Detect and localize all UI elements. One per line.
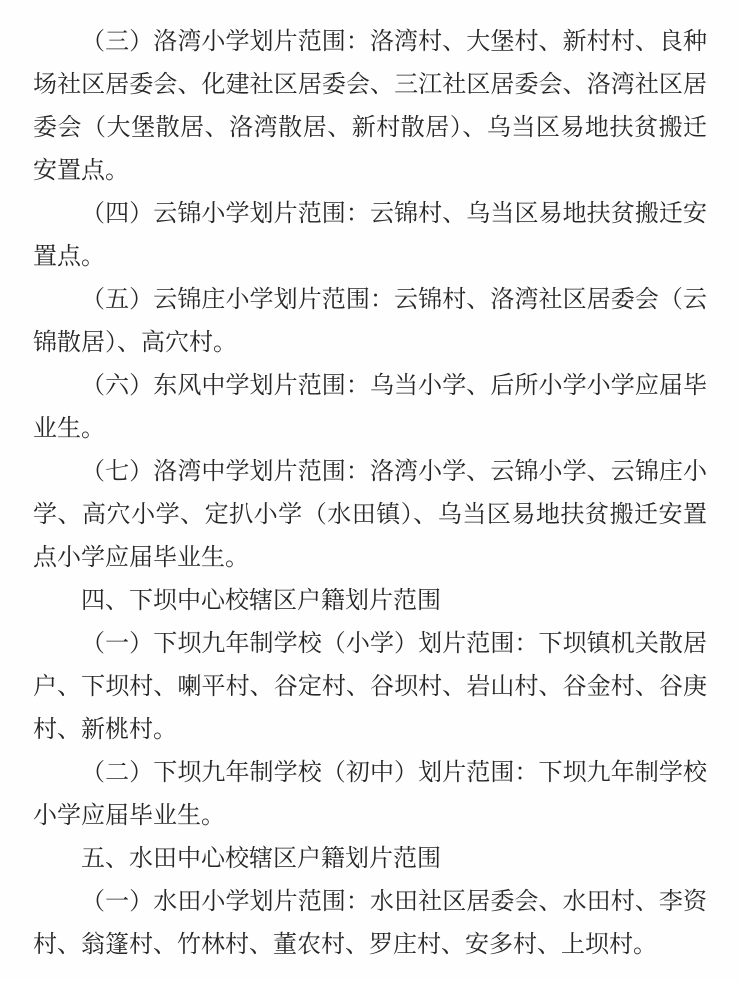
text-line: 户、下坝村、喇平村、谷定村、谷坝村、岩山村、谷金村、谷庚 [33,666,707,709]
text-line: 学、高穴小学、定扒小学（水田镇）、乌当区易地扶贫搬迁安置 [33,494,707,537]
text-line: （二）下坝九年制学校（初中）划片范围：下坝九年制学校 [33,752,707,795]
text-line: （四）云锦小学划片范围：云锦村、乌当区易地扶贫搬迁安 [33,193,707,236]
text-line: （六）东风中学划片范围：乌当小学、后所小学小学应届毕 [33,365,707,408]
text-line: 锦散居）、高穴村。 [33,322,707,365]
text-line: 场社区居委会、化建社区居委会、三江社区居委会、洛湾社区居 [33,64,707,107]
text-line: （五）云锦庄小学划片范围：云锦村、洛湾社区居委会（云 [33,279,707,322]
section-heading: 五、水田中心校辖区户籍划片范围 [33,838,707,881]
text-line: 安置点。 [33,150,707,193]
text-line: 点小学应届毕业生。 [33,537,707,580]
text-line: 小学应届毕业生。 [33,795,707,838]
text-line: （一）水田小学划片范围：水田社区居委会、水田村、李资 [33,881,707,924]
text-line: （一）下坝九年制学校（小学）划片范围：下坝镇机关散居 [33,623,707,666]
text-line: 置点。 [33,236,707,279]
text-line: 业生。 [33,408,707,451]
document-body: （三）洛湾小学划片范围：洛湾村、大堡村、新村村、良种 场社区居委会、化建社区居委… [33,21,707,967]
text-line: 村、翁篷村、竹林村、董农村、罗庄村、安多村、上坝村。 [33,924,707,967]
text-line: 委会（大堡散居、洛湾散居、新村散居）、乌当区易地扶贫搬迁 [33,107,707,150]
text-line: 村、新桃村。 [33,709,707,752]
document-page: （三）洛湾小学划片范围：洛湾村、大堡村、新村村、良种 场社区居委会、化建社区居委… [0,0,740,981]
section-heading: 四、下坝中心校辖区户籍划片范围 [33,580,707,623]
text-line: （七）洛湾中学划片范围：洛湾小学、云锦小学、云锦庄小 [33,451,707,494]
text-line: （三）洛湾小学划片范围：洛湾村、大堡村、新村村、良种 [33,21,707,64]
